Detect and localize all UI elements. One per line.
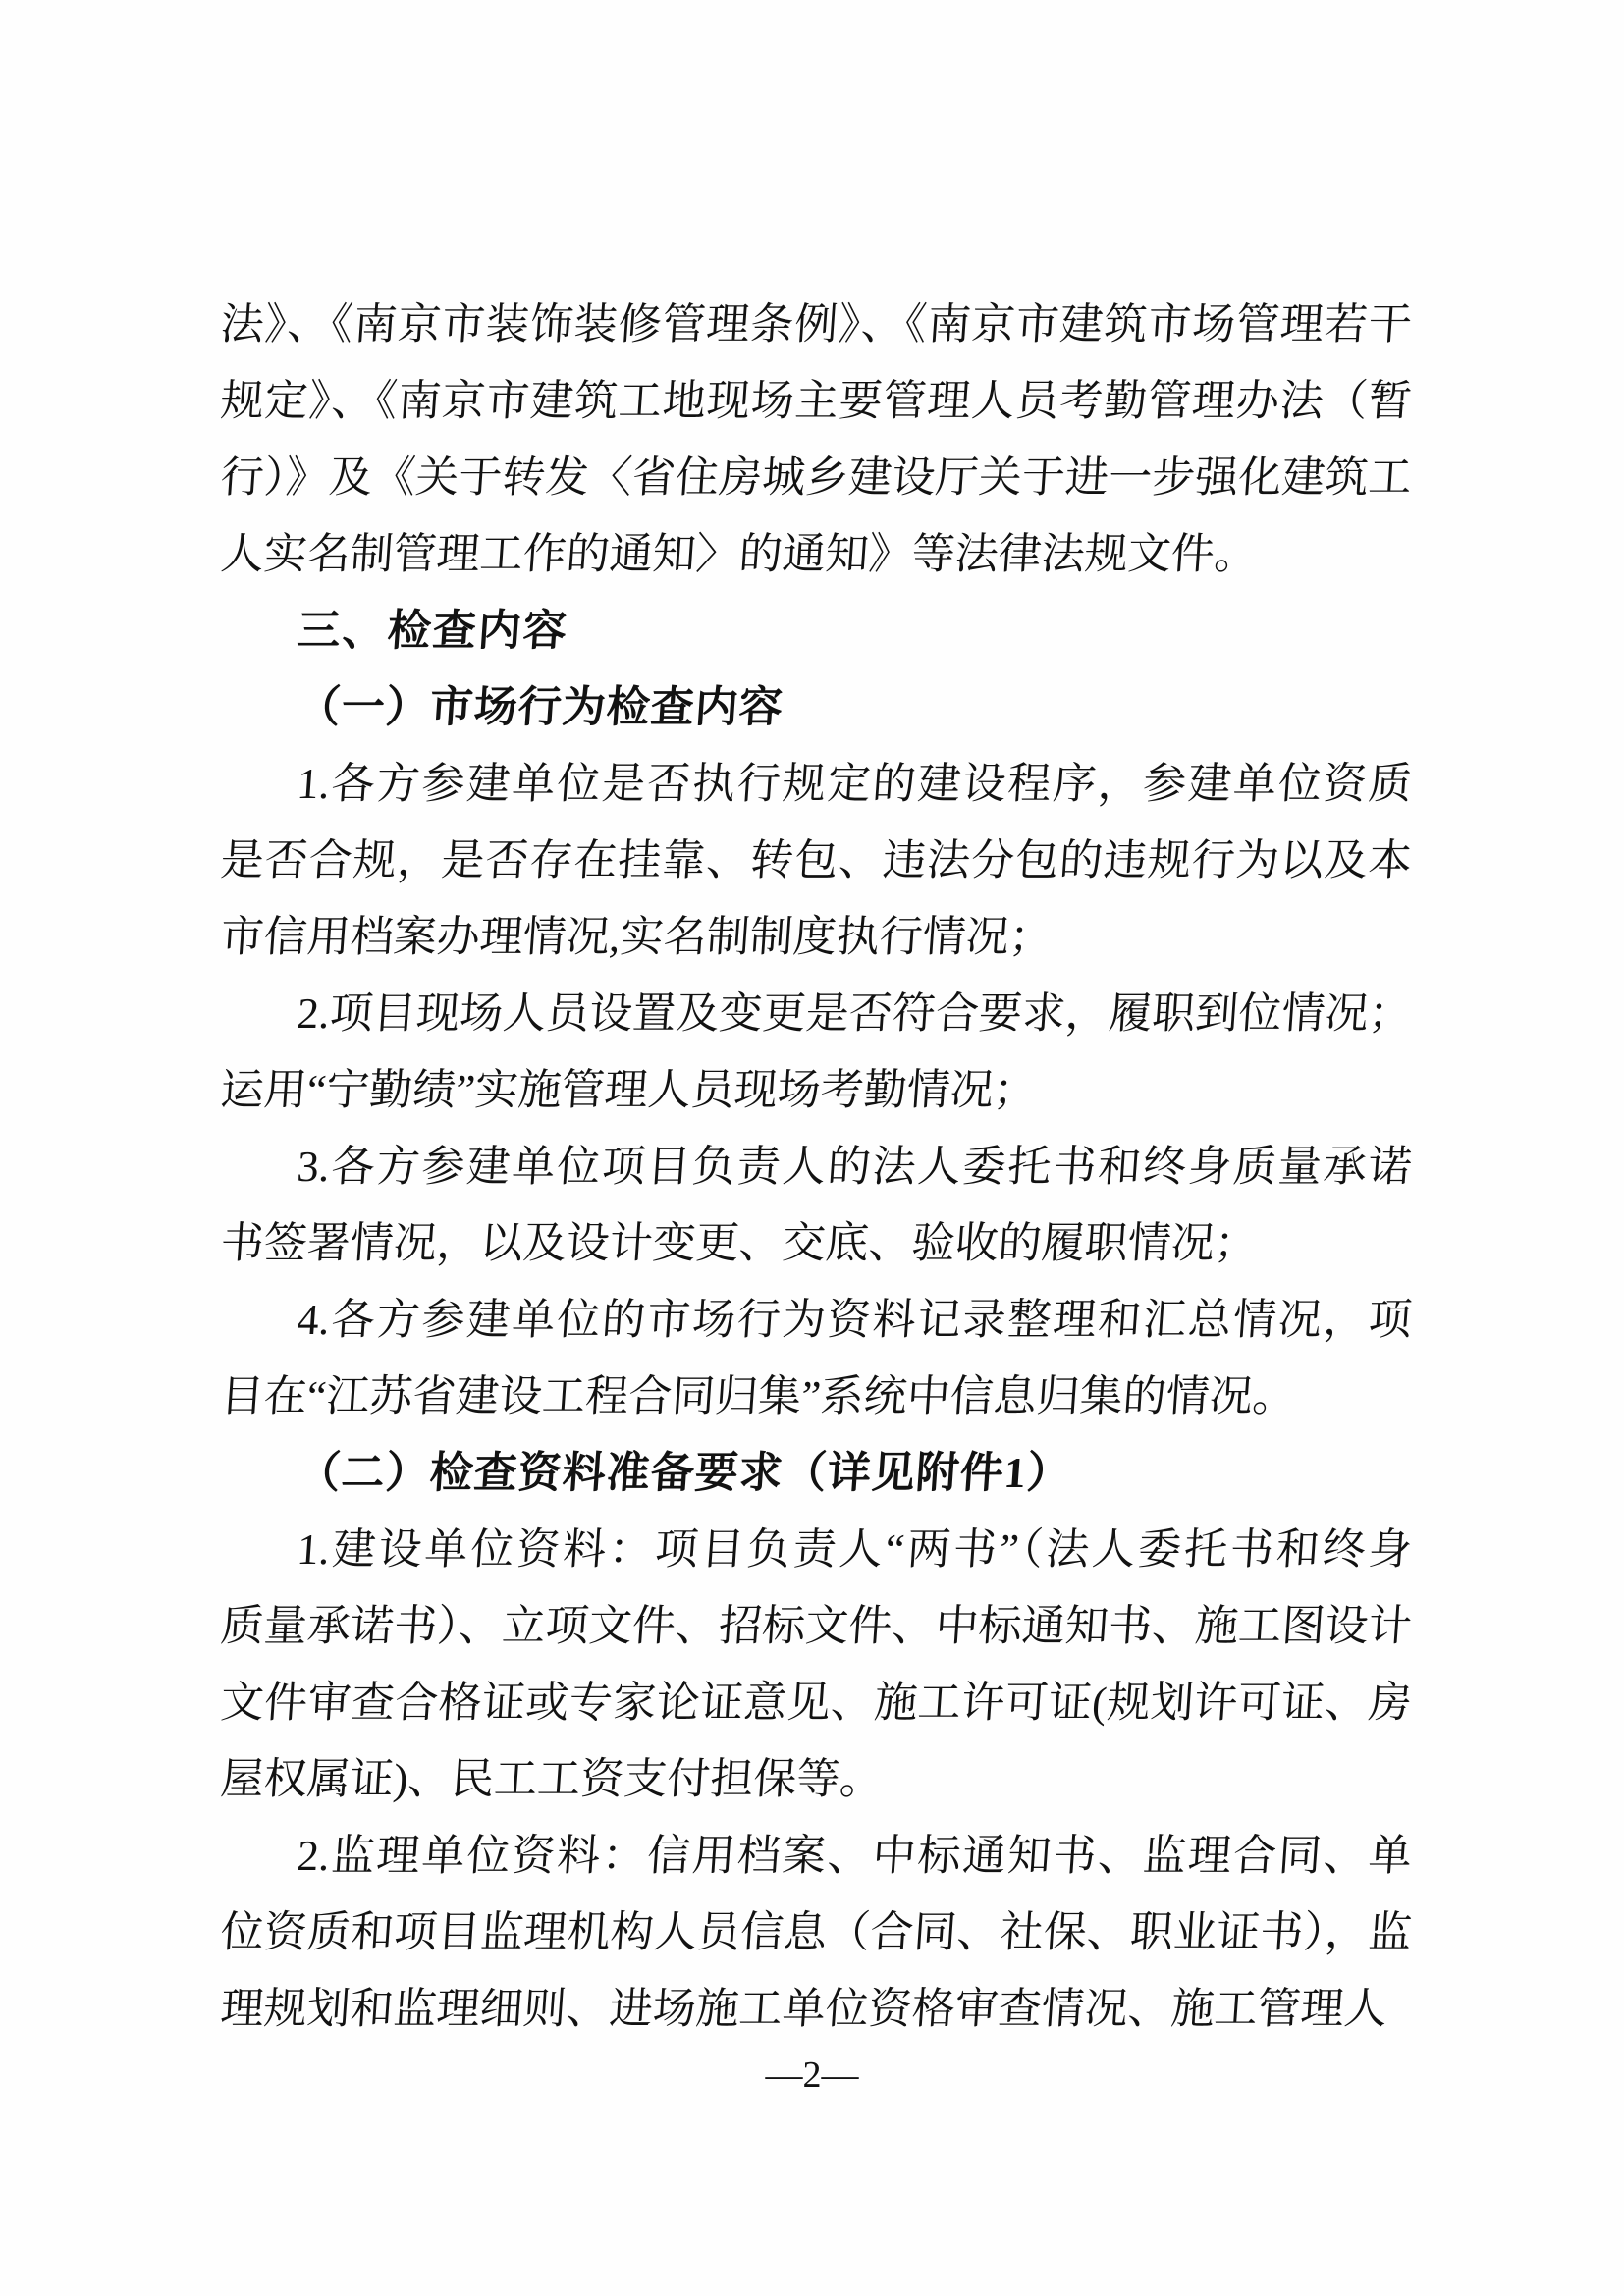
text-line: 屋权属证)、民工工资支付担保等。 <box>218 1741 1414 1818</box>
text-line: 目在“江苏省建设工程合同归集”系统中信息归集的情况。 <box>218 1359 1414 1435</box>
text-line: 书签署情况，以及设计变更、交底、验收的履职情况； <box>218 1205 1414 1282</box>
text-line: 4.各方参建单位的市场行为资料记录整理和汇总情况，项 <box>218 1282 1414 1359</box>
text-line: 运用“宁勤绩”实施管理人员现场考勤情况； <box>218 1052 1414 1129</box>
text-line: 人实名制管理工作的通知〉的通知》等法律法规文件。 <box>218 516 1414 593</box>
text-line: 是否合规，是否存在挂靠、转包、违法分包的违规行为以及本 <box>218 823 1414 899</box>
text-line: 3.各方参建单位项目负责人的法人委托书和终身质量承诺 <box>218 1129 1414 1205</box>
text-line: 位资质和项目监理机构人员信息（合同、社保、职业证书），监 <box>218 1895 1414 1971</box>
text-line: 2.监理单位资料：信用档案、中标通知书、监理合同、单 <box>218 1818 1414 1895</box>
text-line: 1.各方参建单位是否执行规定的建设程序，参建单位资质 <box>218 746 1414 823</box>
subsection-heading: （一）市场行为检查内容 <box>218 669 1414 746</box>
text-line: 2.项目现场人员设置及变更是否符合要求，履职到位情况； <box>218 976 1414 1052</box>
text-line: 理规划和监理细则、进场施工单位资格审查情况、施工管理人 <box>218 1971 1414 2048</box>
text-line: 行）》及《关于转发〈省住房城乡建设厅关于进一步强化建筑工 <box>218 440 1414 516</box>
document-page: 法》、《南京市装饰装修管理条例》、《南京市建筑市场管理若干规定》、《南京市建筑工… <box>0 0 1624 2296</box>
text-line: 市信用档案办理情况,实名制制度执行情况； <box>218 899 1414 976</box>
document-body: 法》、《南京市装饰装修管理条例》、《南京市建筑市场管理若干规定》、《南京市建筑工… <box>218 287 1409 2048</box>
subsection-heading: （二）检查资料准备要求（详见附件1） <box>218 1435 1414 1512</box>
text-line: 1.建设单位资料：项目负责人“两书”（法人委托书和终身 <box>218 1512 1414 1588</box>
text-line: 质量承诺书）、立项文件、招标文件、中标通知书、施工图设计 <box>218 1588 1414 1665</box>
page-number: —2— <box>0 2052 1624 2099</box>
section-heading: 三、检查内容 <box>218 593 1414 669</box>
text-line: 文件审查合格证或专家论证意见、施工许可证(规划许可证、房 <box>218 1665 1414 1741</box>
text-line: 规定》、《南京市建筑工地现场主要管理人员考勤管理办法（暂 <box>218 363 1414 440</box>
text-line: 法》、《南京市装饰装修管理条例》、《南京市建筑市场管理若干 <box>218 287 1414 363</box>
